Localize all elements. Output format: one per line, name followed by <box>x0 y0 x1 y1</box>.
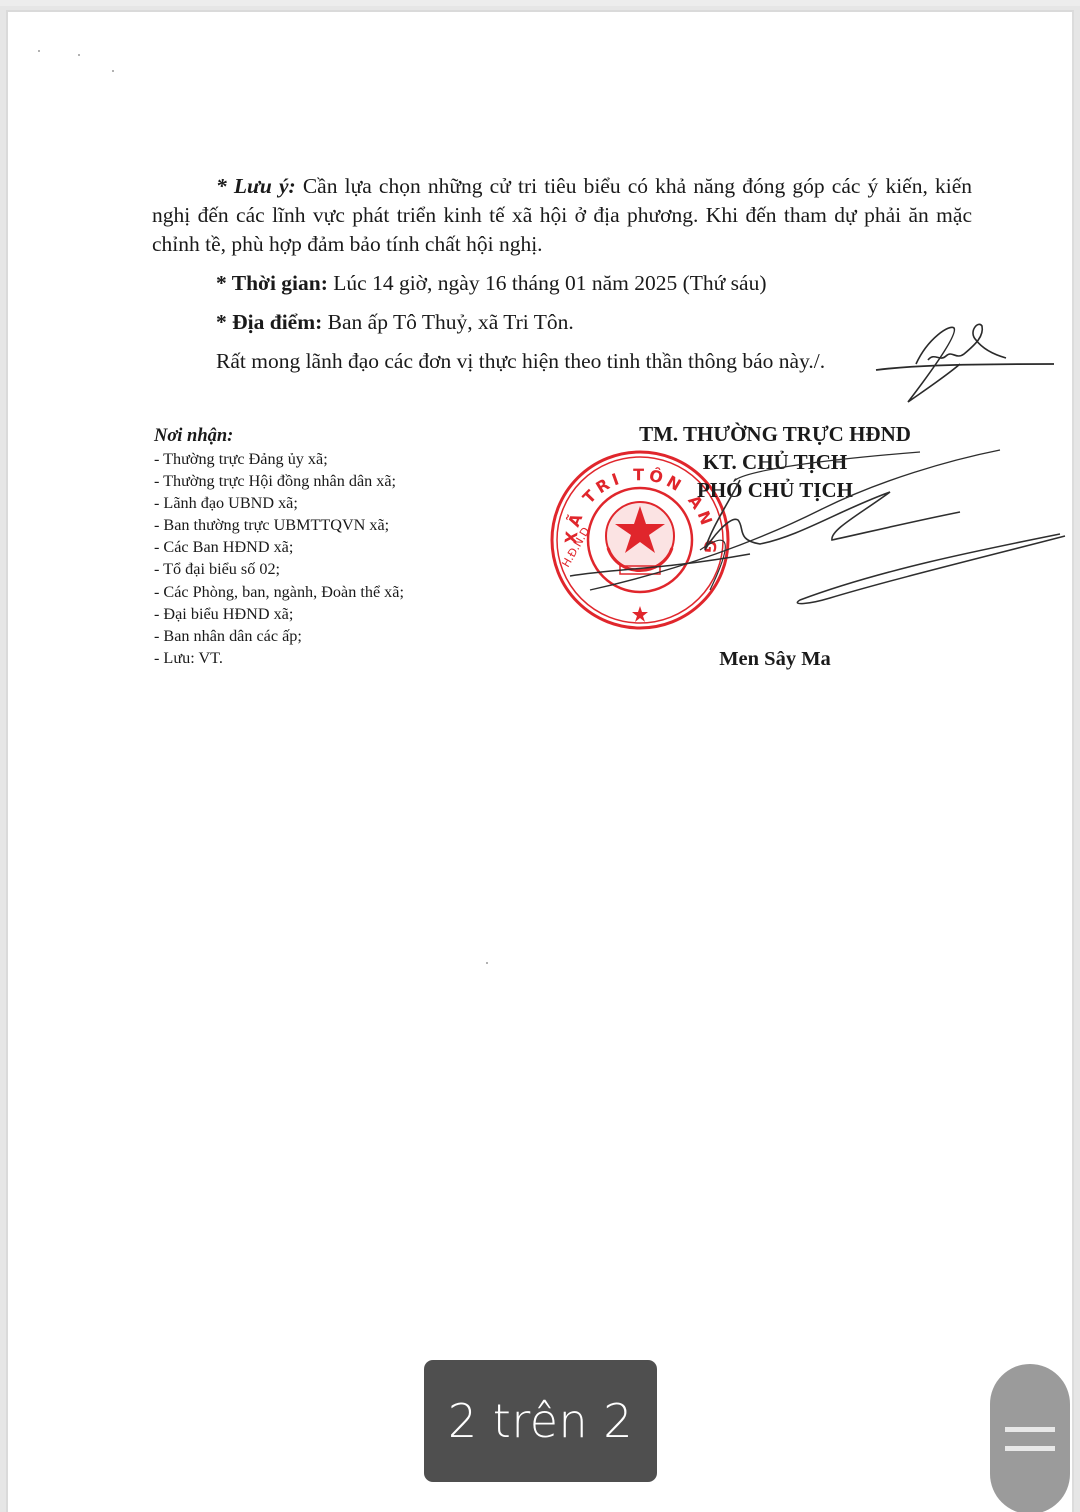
signer-name: Men Sây Ma <box>680 648 870 671</box>
scroll-handle[interactable] <box>990 1364 1070 1512</box>
recipient-item: - Đại biểu HĐND xã; <box>154 603 484 625</box>
drag-handle-icon <box>1005 1427 1055 1432</box>
time-text: Lúc 14 giờ, ngày 16 tháng 01 năm 2025 (T… <box>328 271 767 295</box>
scan-speck <box>486 962 488 964</box>
recipient-item: - Các Ban HĐND xã; <box>154 536 484 558</box>
recipients-list: - Thường trực Đảng ủy xã; - Thường trực … <box>154 448 484 669</box>
place-paragraph: * Địa điểm: Ban ấp Tô Thuỷ, xã Tri Tôn. <box>152 308 972 337</box>
signature-title-line1: TM. THƯỜNG TRỰC HĐND <box>590 420 960 448</box>
recipient-item: - Các Phòng, ban, ngành, Đoàn thể xã; <box>154 581 484 603</box>
signature-block: TM. THƯỜNG TRỰC HĐND KT. CHỦ TỊCH PHÓ CH… <box>590 420 960 504</box>
page-indicator: 2 trên 2 <box>424 1360 657 1482</box>
note-label: * Lưu ý: <box>216 174 296 198</box>
recipients-block: Nơi nhận: - Thường trực Đảng ủy xã; - Th… <box>154 424 484 669</box>
recipient-item: - Lưu: VT. <box>154 647 484 669</box>
recipient-item: - Thường trực Hội đồng nhân dân xã; <box>154 470 484 492</box>
recipient-item: - Ban thường trực UBMTTQVN xã; <box>154 514 484 536</box>
time-label: * Thời gian: <box>216 271 328 295</box>
place-label: * Địa điểm: <box>216 310 322 334</box>
recipient-item: - Tổ đại biểu số 02; <box>154 558 484 580</box>
document-body: * Lưu ý: Cần lựa chọn những cử tri tiêu … <box>152 172 972 376</box>
signature-title-line3: PHÓ CHỦ TỊCH <box>590 476 960 504</box>
drag-handle-icon <box>1005 1446 1055 1451</box>
viewer-top-strip <box>0 0 1080 6</box>
note-paragraph: * Lưu ý: Cần lựa chọn những cử tri tiêu … <box>152 172 972 259</box>
signature-title-line2: KT. CHỦ TỊCH <box>590 448 960 476</box>
recipient-item: - Thường trực Đảng ủy xã; <box>154 448 484 470</box>
closing-paragraph: Rất mong lãnh đạo các đơn vị thực hiện t… <box>152 347 972 376</box>
recipients-title: Nơi nhận: <box>154 424 484 448</box>
time-paragraph: * Thời gian: Lúc 14 giờ, ngày 16 tháng 0… <box>152 269 972 298</box>
recipient-item: - Ban nhân dân các ấp; <box>154 625 484 647</box>
recipient-item: - Lãnh đạo UBND xã; <box>154 492 484 514</box>
scan-speck <box>78 54 80 56</box>
scan-speck <box>38 50 40 52</box>
place-text: Ban ấp Tô Thuỷ, xã Tri Tôn. <box>322 310 573 334</box>
scan-speck <box>112 70 114 72</box>
